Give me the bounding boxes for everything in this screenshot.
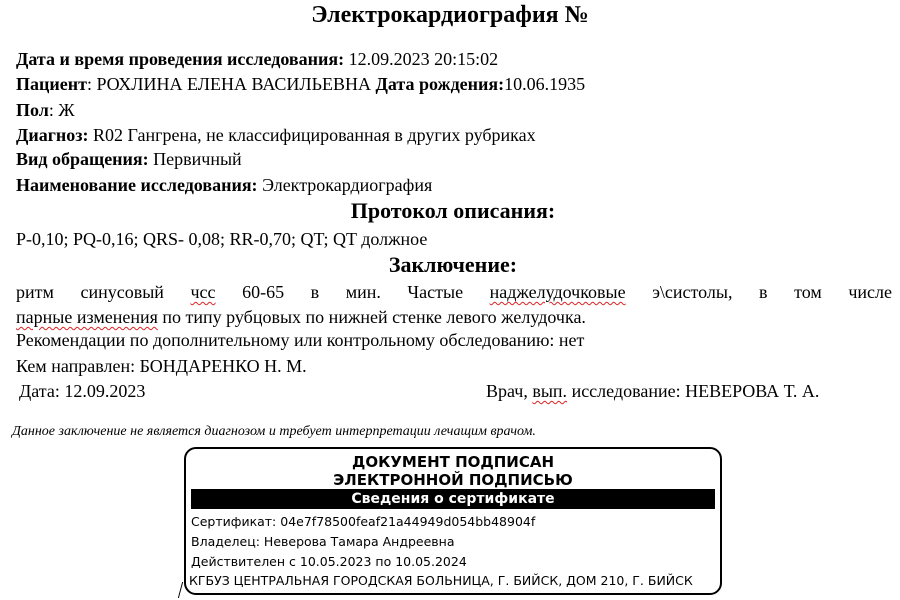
study-datetime-label: Дата и время проведения исследования:	[16, 49, 344, 69]
patient-row: Пациент: РОХЛИНА ЕЛЕНА ВАСИЛЬЕВНА Дата р…	[16, 73, 585, 95]
visit-type-label: Вид обращения:	[16, 149, 149, 169]
study-name-value: Электрокардиография	[258, 175, 433, 195]
study-datetime-value: 12.09.2023 20:15:02	[344, 49, 498, 69]
recommendations: Рекомендации по дополнительному или конт…	[16, 329, 584, 351]
certificate-validity: Действителен с 10.05.2023 по 10.05.2024	[191, 554, 467, 569]
study-name-label: Наименование исследования:	[16, 175, 258, 195]
spellcheck-word: парные изменения	[16, 307, 158, 327]
conclusion-text-part: э\систолы, в том числе	[626, 282, 892, 302]
spellcheck-word: вып.	[532, 381, 567, 401]
patient-value: : РОХЛИНА ЕЛЕНА ВАСИЛЬЕВНА	[87, 74, 376, 94]
stamp-line-2: ЭЛЕКТРОННОЙ ПОДПИСЬЮ	[186, 471, 720, 489]
diagnosis-label: Диагноз:	[16, 125, 89, 145]
document-title: Электрокардиография №	[0, 2, 900, 29]
certificate-organization: КГБУЗ ЦЕНТРАЛЬНАЯ ГОРОДСКАЯ БОЛЬНИЦА, Г.…	[189, 573, 693, 588]
visit-type-value: Первичный	[149, 149, 242, 169]
conclusion-heading: Заключение:	[0, 252, 900, 278]
conclusion-text-part: 60-65 в мин. Частые	[216, 282, 490, 302]
conclusion-text: ритм синусовый чсс 60-65 в мин. Частые н…	[16, 280, 892, 330]
sex-value: : Ж	[49, 100, 75, 120]
visit-type-row: Вид обращения: Первичный	[16, 148, 242, 170]
stamp-line-1: ДОКУМЕНТ ПОДПИСАН	[186, 453, 720, 471]
stamp-corner-mark	[178, 582, 185, 598]
conclusion-text-part: ритм синусовый	[16, 282, 191, 302]
doctor: Врач, вып. исследование: НЕВЕРОВА Т. А.	[486, 380, 819, 402]
sex-row: Пол: Ж	[16, 99, 75, 121]
certificate-info-bar: Сведения о сертификате	[191, 489, 715, 509]
spellcheck-word: чсс	[191, 282, 216, 302]
study-datetime-row: Дата и время проведения исследования: 12…	[16, 48, 498, 70]
disclaimer: Данное заключение не является диагнозом …	[12, 424, 536, 440]
birth-date-label: Дата рождения:	[375, 74, 504, 94]
sex-label: Пол	[16, 100, 49, 120]
study-name-row: Наименование исследования: Электрокардио…	[16, 174, 432, 196]
conclusion-line-1: ритм синусовый чсс 60-65 в мин. Частые н…	[16, 280, 892, 305]
certificate-serial: Сертификат: 04e7f78500feaf21a44949d054bb…	[191, 514, 535, 529]
conclusion-line-2: парные изменения по типу рубцовых по ниж…	[16, 307, 586, 327]
doctor-text-part: исследование: НЕВЕРОВА Т. А.	[567, 381, 819, 401]
referred-by: Кем направлен: БОНДАРЕНКО Н. М.	[16, 355, 307, 377]
birth-date-value: 10.06.1935	[504, 74, 585, 94]
doctor-text-part: Врач,	[486, 381, 532, 401]
signature-stamp: ДОКУМЕНТ ПОДПИСАН ЭЛЕКТРОННОЙ ПОДПИСЬЮ С…	[184, 447, 722, 595]
diagnosis-row: Диагноз: R02 Гангрена, не классифицирова…	[16, 124, 536, 146]
spellcheck-word: наджелудочковые	[490, 282, 626, 302]
conclusion-text-part: по типу рубцовых по нижней стенке левого…	[158, 307, 586, 327]
protocol-heading: Протокол описания:	[0, 198, 900, 224]
conclusion-date: Дата: 12.09.2023	[19, 380, 145, 402]
patient-label: Пациент	[16, 74, 87, 94]
protocol-text: P-0,10; PQ-0,16; QRS- 0,08; RR-0,70; QT;…	[16, 228, 427, 250]
diagnosis-value: R02 Гангрена, не классифицированная в др…	[89, 125, 536, 145]
certificate-owner: Владелец: Неверова Тамара Андреевна	[191, 534, 455, 549]
